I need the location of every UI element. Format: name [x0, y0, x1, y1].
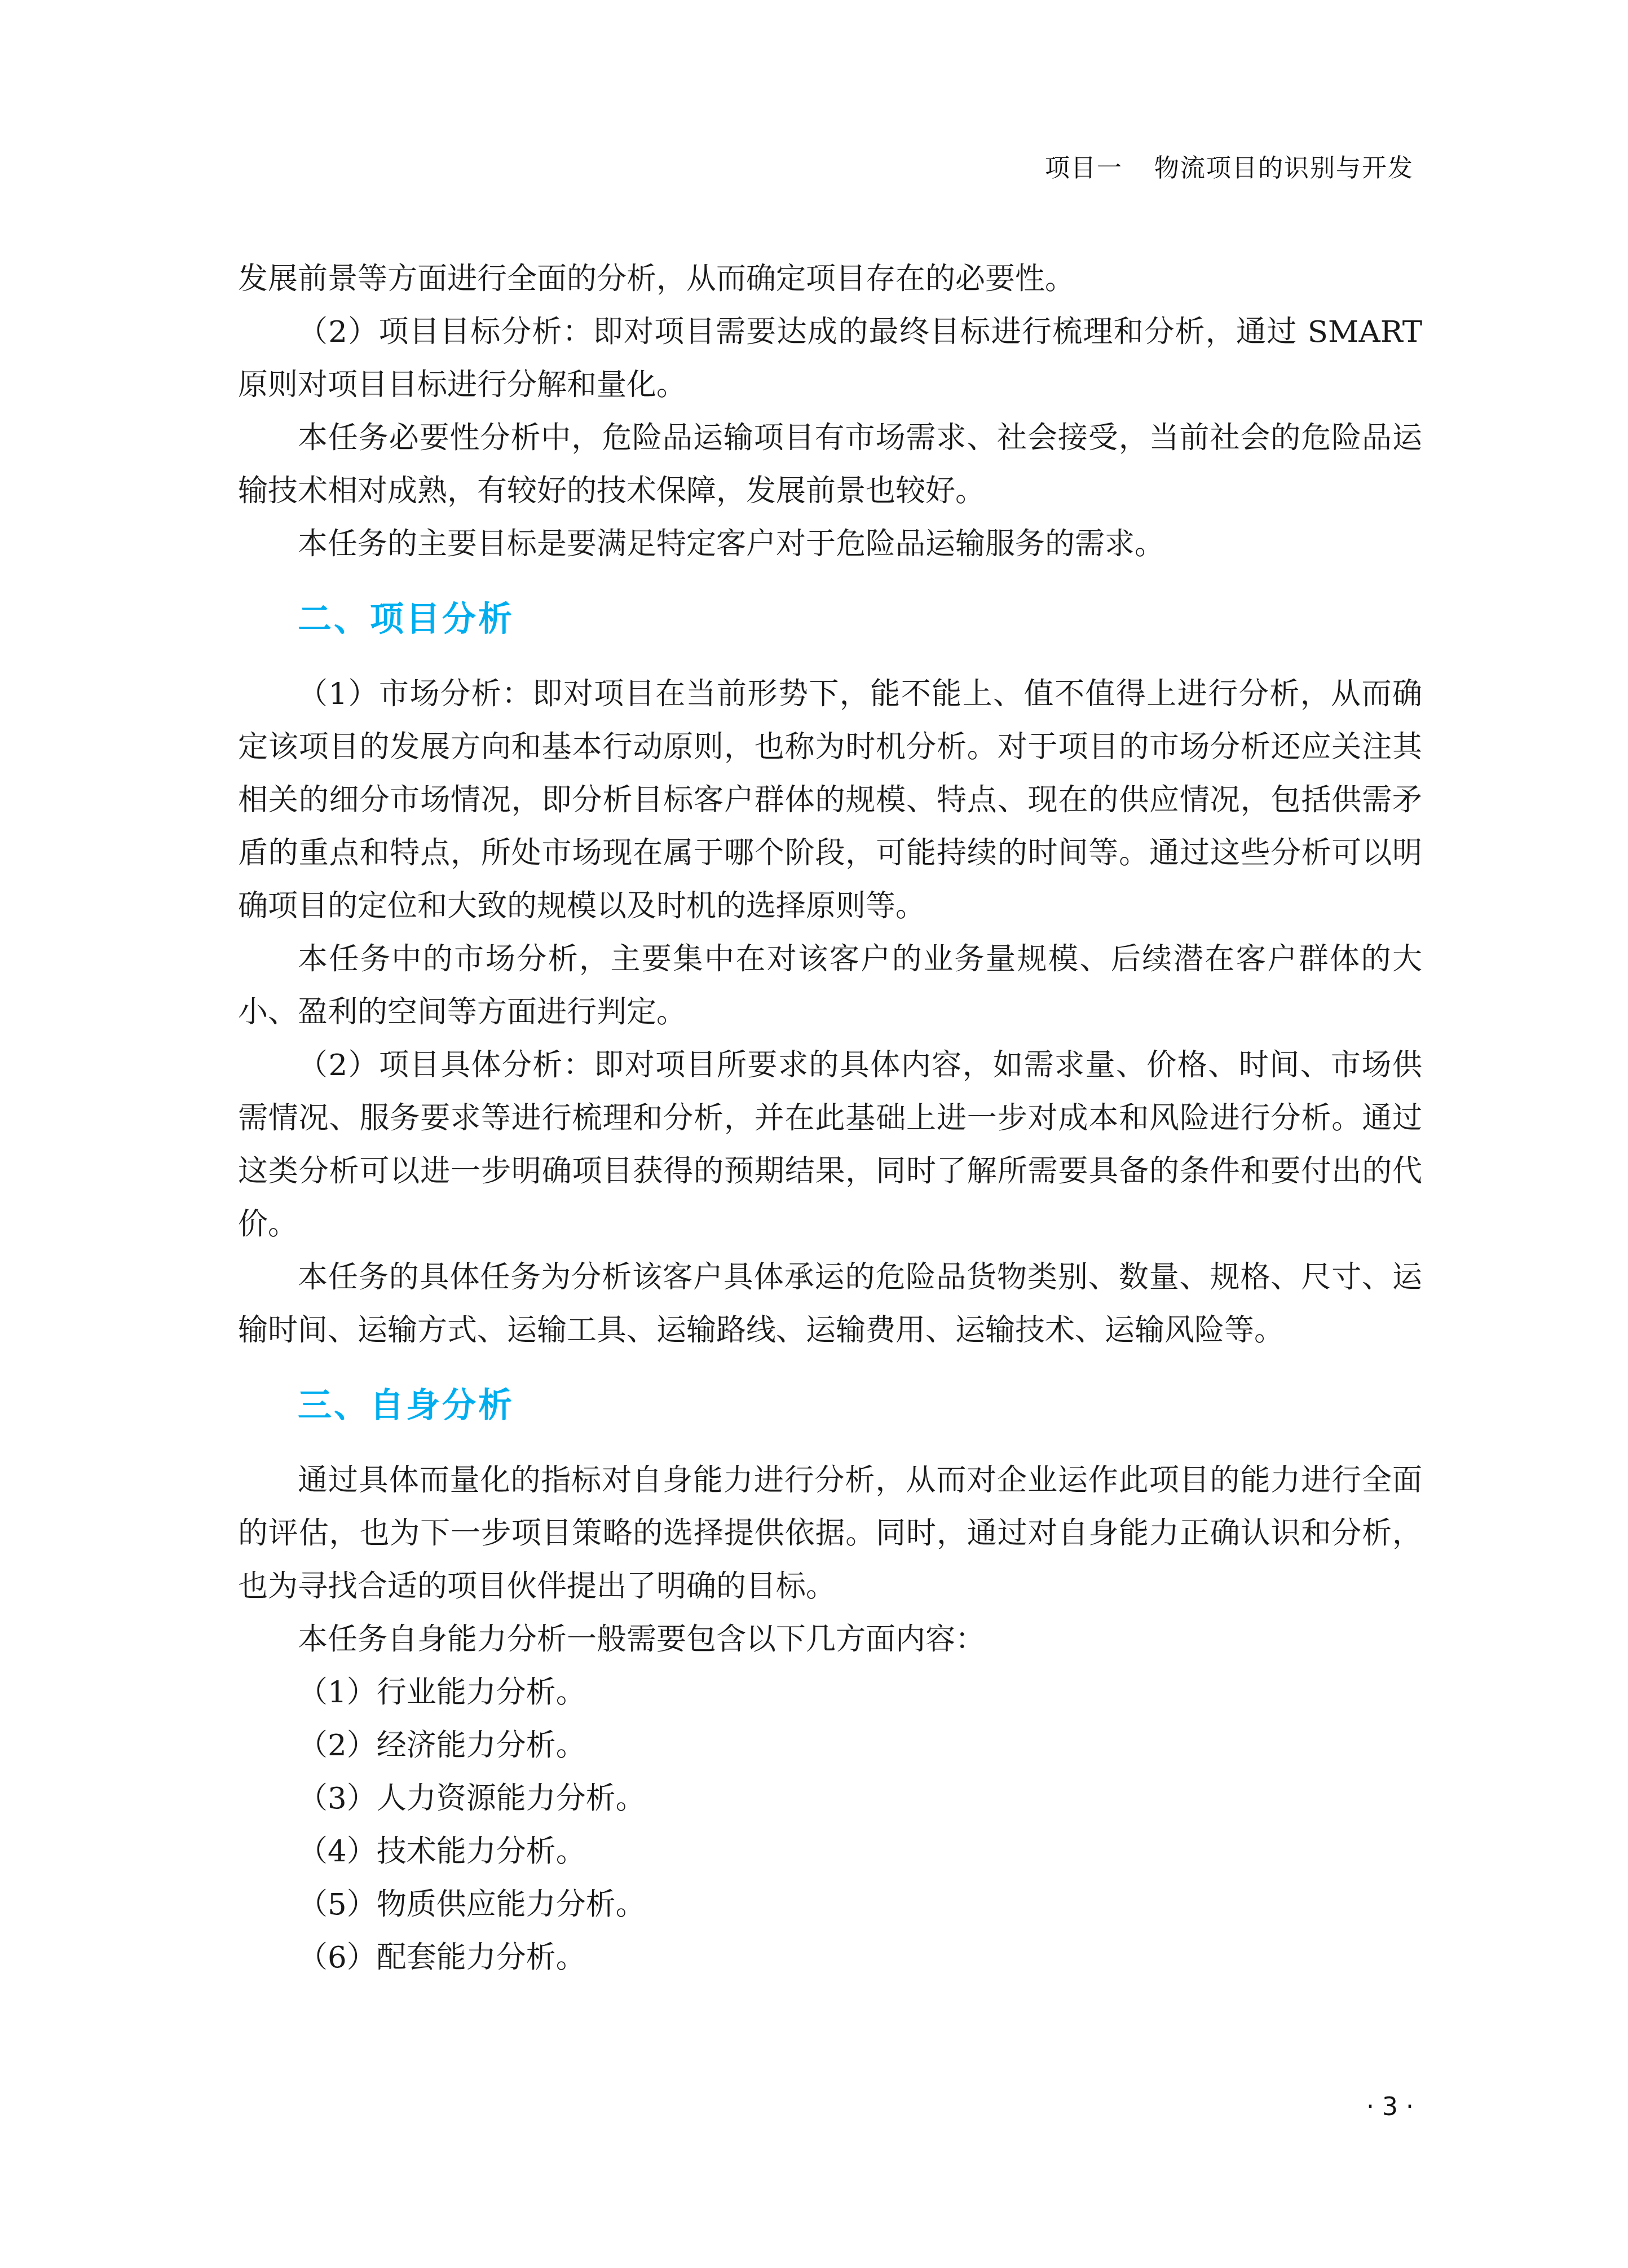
- project-label: 项目一: [1045, 154, 1123, 183]
- paragraph: 发展前景等方面进行全面的分析，从而确定项目存在的必要性。: [238, 253, 1422, 306]
- paragraph: （2）项目具体分析：即对项目所要求的具体内容，如需求量、价格、时间、市场供需情况…: [238, 1039, 1422, 1251]
- paragraph: 本任务必要性分析中，危险品运输项目有市场需求、社会接受，当前社会的危险品运输技术…: [238, 412, 1422, 518]
- paragraph: （1）市场分析：即对项目在当前形势下，能不能上、值不值得上进行分析，从而确定该项…: [238, 668, 1422, 933]
- list-item: （1）行业能力分析。: [238, 1666, 1422, 1719]
- paragraph: 本任务自身能力分析一般需要包含以下几方面内容：: [238, 1613, 1422, 1666]
- paragraph: 本任务中的市场分析，主要集中在对该客户的业务量规模、后续潜在客户群体的大小、盈利…: [238, 933, 1422, 1039]
- section-heading-project-analysis: 二、项目分析: [238, 571, 1422, 668]
- list-item: （5）物质供应能力分析。: [238, 1878, 1422, 1931]
- paragraph: 本任务的具体任务为分析该客户具体承运的危险品货物类别、数量、规格、尺寸、运输时间…: [238, 1251, 1422, 1357]
- paragraph: 本任务的主要目标是要满足特定客户对于危险品运输服务的需求。: [238, 518, 1422, 571]
- page-body: 发展前景等方面进行全面的分析，从而确定项目存在的必要性。 （2）项目目标分析：即…: [238, 253, 1422, 1984]
- paragraph: （2）项目目标分析：即对项目需要达成的最终目标进行梳理和分析，通过 SMART …: [238, 306, 1422, 412]
- list-item: （4）技术能力分析。: [238, 1825, 1422, 1878]
- list-item: （2）经济能力分析。: [238, 1719, 1422, 1772]
- chapter-title: 物流项目的识别与开发: [1154, 154, 1414, 183]
- page-number: · 3 ·: [1366, 2093, 1414, 2121]
- list-item: （3）人力资源能力分析。: [238, 1772, 1422, 1825]
- section-heading-self-analysis: 三、自身分析: [238, 1357, 1422, 1454]
- list-item: （6）配套能力分析。: [238, 1931, 1422, 1984]
- paragraph: 通过具体而量化的指标对自身能力进行分析，从而对企业运作此项目的能力进行全面的评估…: [238, 1454, 1422, 1613]
- running-header: 项目一物流项目的识别与开发: [1045, 148, 1414, 184]
